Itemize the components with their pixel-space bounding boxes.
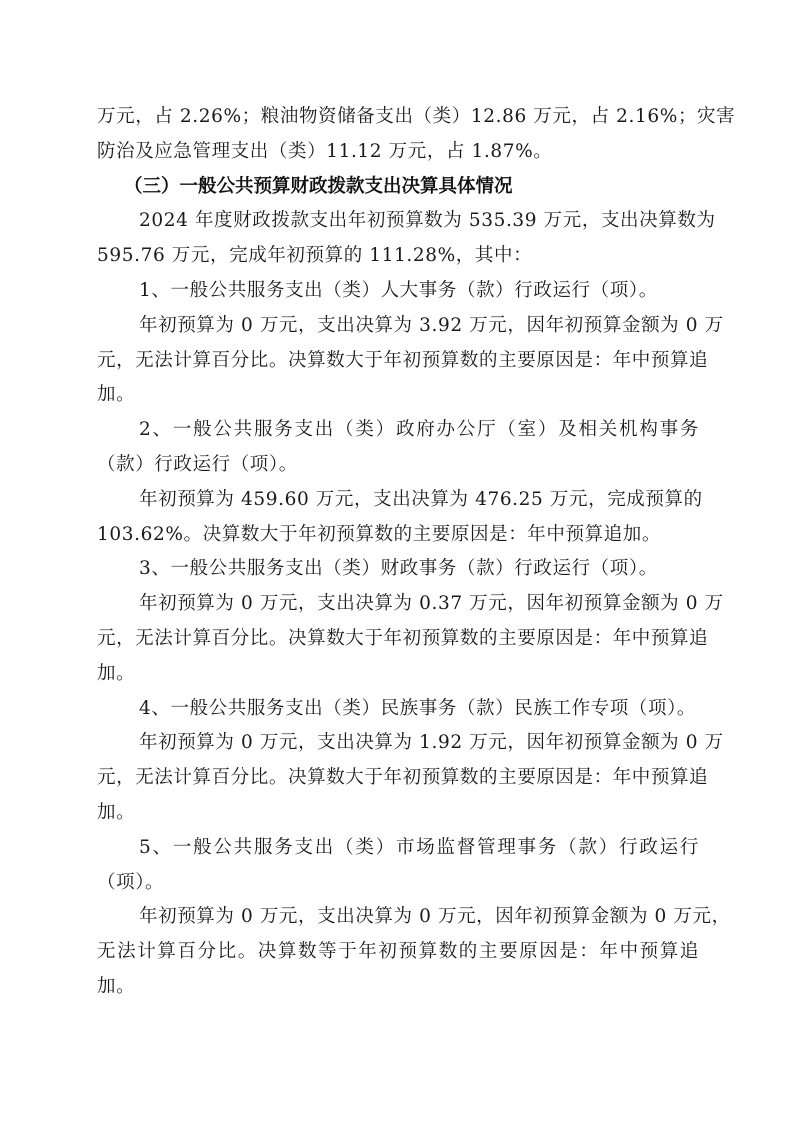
text-line: 103.62%。决算数大于年初预算数的主要原因是：年中预算追加。 [97, 518, 699, 553]
expense-item-5: 5、一般公共服务支出（类）市场监督管理事务（款）行政运行 （项）。 年初预算为 … [97, 831, 699, 1005]
text-line: 年初预算为 0 万元，支出决算为 0.37 万元，因年初预算金额为 0 万 [97, 587, 699, 622]
text-line: 加。 [97, 378, 699, 413]
text-line: 元，无法计算百分比。决算数大于年初预算数的主要原因是：年中预算追 [97, 761, 699, 796]
section-heading: （三）一般公共预算财政拨款支出决算具体情况 [97, 170, 699, 205]
expense-item-3: 3、一般公共服务支出（类）财政事务（款）行政运行（项）。 年初预算为 0 万元，… [97, 552, 699, 691]
text-line: 595.76 万元，完成年初预算的 111.28%，其中： [97, 239, 699, 274]
item-title: 2、一般公共服务支出（类）政府办公厅（室）及相关机构事务 [97, 413, 699, 448]
item-title: 3、一般公共服务支出（类）财政事务（款）行政运行（项）。 [97, 552, 699, 587]
expense-item-1: 1、一般公共服务支出（类）人大事务（款）行政运行（项）。 年初预算为 0 万元，… [97, 274, 699, 413]
continuation-paragraph: 万元，占 2.26%；粮油物资储备支出（类）12.86 万元，占 2.16%；灾… [97, 100, 699, 170]
item-title: 4、一般公共服务支出（类）民族事务（款）民族工作专项（项）。 [97, 692, 699, 727]
item-title: （款）行政运行（项）。 [97, 448, 699, 483]
document-page: 万元，占 2.26%；粮油物资储备支出（类）12.86 万元，占 2.16%；灾… [97, 100, 699, 1005]
item-title: 1、一般公共服务支出（类）人大事务（款）行政运行（项）。 [97, 274, 699, 309]
text-line: 元，无法计算百分比。决算数大于年初预算数的主要原因是：年中预算追 [97, 622, 699, 657]
text-line: 年初预算为 459.60 万元，支出决算为 476.25 万元，完成预算的 [97, 483, 699, 518]
text-line: 万元，占 2.26%；粮油物资储备支出（类）12.86 万元，占 2.16%；灾… [97, 100, 699, 135]
text-line: 加。 [97, 796, 699, 831]
item-title: 5、一般公共服务支出（类）市场监督管理事务（款）行政运行 [97, 831, 699, 866]
expense-item-4: 4、一般公共服务支出（类）民族事务（款）民族工作专项（项）。 年初预算为 0 万… [97, 692, 699, 831]
text-line: 加。 [97, 657, 699, 692]
text-line: 2024 年度财政拨款支出年初预算数为 535.39 万元，支出决算数为 [97, 204, 699, 239]
text-line: 加。 [97, 970, 699, 1005]
text-line: 元，无法计算百分比。决算数大于年初预算数的主要原因是：年中预算追 [97, 344, 699, 379]
text-line: 无法计算百分比。决算数等于年初预算数的主要原因是：年中预算追 [97, 935, 699, 970]
intro-paragraph: 2024 年度财政拨款支出年初预算数为 535.39 万元，支出决算数为 595… [97, 204, 699, 274]
text-line: 年初预算为 0 万元，支出决算为 1.92 万元，因年初预算金额为 0 万 [97, 726, 699, 761]
expense-item-2: 2、一般公共服务支出（类）政府办公厅（室）及相关机构事务 （款）行政运行（项）。… [97, 413, 699, 552]
text-line: 防治及应急管理支出（类）11.12 万元，占 1.87%。 [97, 135, 699, 170]
item-title: （项）。 [97, 866, 699, 901]
text-line: 年初预算为 0 万元，支出决算为 3.92 万元，因年初预算金额为 0 万 [97, 309, 699, 344]
text-line: 年初预算为 0 万元，支出决算为 0 万元，因年初预算金额为 0 万元， [97, 900, 699, 935]
